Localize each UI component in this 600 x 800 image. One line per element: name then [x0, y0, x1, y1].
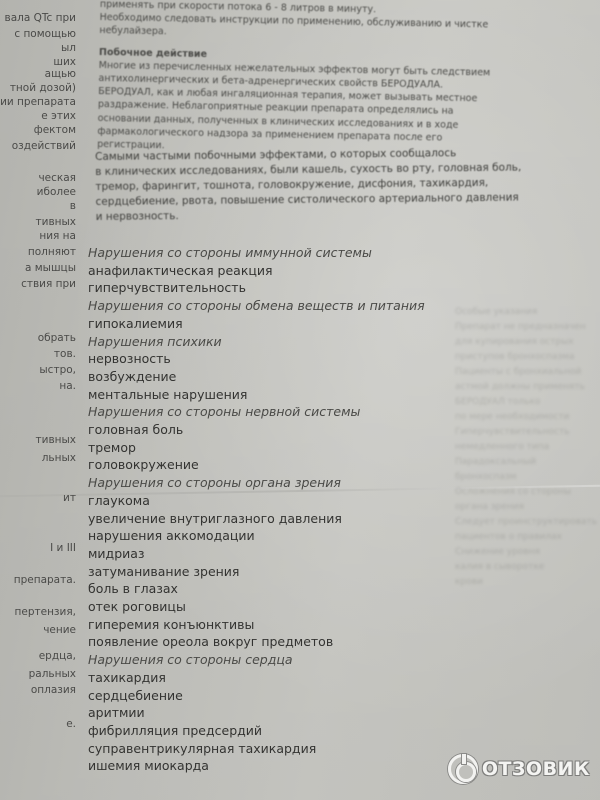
show-through-line: Гиперчувствительность — [455, 425, 600, 440]
side-effect-item: нервозность — [88, 350, 508, 368]
left-column-fragment: препарата. — [14, 574, 76, 586]
left-column-fragment: чение — [43, 624, 76, 636]
side-effect-item: отек роговицы — [88, 598, 508, 616]
left-column-fragment: ческая — [38, 172, 76, 184]
show-through-line: по мере необходимости — [455, 410, 600, 425]
left-column-fragment: ральных — [29, 668, 76, 680]
side-effect-category: Нарушения со стороны нервной системы — [88, 403, 508, 421]
side-effect-category: Нарушения со стороны органа зрения — [88, 474, 508, 492]
side-effect-item: головная боль — [88, 421, 508, 439]
show-through-line: пациентов о правилах — [455, 530, 600, 545]
show-through-line: Парадоксальный — [455, 455, 600, 470]
left-column-fragment: пертензия, — [15, 606, 77, 618]
side-effect-item: возбуждение — [88, 368, 508, 386]
top-section: применять при скорости потока 6 - 8 литр… — [97, 0, 600, 161]
side-effect-category: Нарушения со стороны иммунной системы — [88, 244, 508, 262]
show-through-line: приступов бронхоспазма — [455, 350, 600, 365]
show-through-line: Осложнения со стороны — [455, 485, 600, 500]
left-column-fragment: оздействий — [12, 140, 76, 152]
left-column-fragment: ыл — [61, 42, 76, 54]
show-through-text: Особые указанияПрепарат не предназначенд… — [455, 305, 600, 590]
show-through-line: астмой должны применять — [455, 380, 600, 395]
show-through-line: калия в сыворотке — [455, 560, 600, 575]
show-through-line: бронхоспазм — [455, 470, 600, 485]
side-effect-item: гиперчувствительность — [88, 279, 508, 297]
side-effect-item: тремор — [88, 439, 508, 457]
show-through-line: крови — [455, 575, 600, 590]
left-column-fragment: иболее — [37, 186, 76, 198]
watermark: ОТЗОВИК — [448, 754, 590, 784]
photographed-leaflet-page: валa QTc прис помощьюылшихащьютной дозой… — [0, 0, 600, 800]
side-effect-item: суправентрикулярная тахикардия — [88, 740, 508, 758]
left-column-fragment: ствия при — [21, 278, 76, 290]
left-column-fragment: ит — [63, 492, 76, 504]
left-column-fragment: ших — [53, 56, 76, 68]
left-column-fragment: на. — [59, 380, 76, 392]
frequent-side-effects-paragraph: Самыми частыми побочными эффектами, о ко… — [95, 145, 596, 225]
left-column-fragment: льных — [42, 452, 76, 464]
left-column-fragment: а мышцы — [25, 262, 76, 274]
left-column-fragment: тивных — [36, 216, 77, 228]
side-effect-item: гиперемия конъюнктивы — [88, 616, 508, 634]
side-effect-item: сердцебиение — [88, 687, 508, 705]
show-through-line: органа зрения — [455, 500, 600, 515]
left-column-fragment: тной дозой) — [10, 82, 76, 94]
side-effect-item: головокружение — [88, 456, 508, 474]
side-effect-item: затуманивание зрения — [88, 563, 508, 581]
side-effect-item: анафилактическая реакция — [88, 262, 508, 280]
left-column-fragment: е этих — [41, 110, 76, 122]
left-column-fragment: обрать — [38, 332, 76, 344]
side-effect-item: увеличение внутриглазного давления — [88, 510, 508, 528]
side-effect-item: нарушения аккомодации — [88, 527, 508, 545]
otzovik-logo-icon — [448, 754, 478, 784]
side-effect-category: Нарушения психики — [88, 333, 508, 351]
left-column-fragment: тов. — [54, 348, 76, 360]
show-through-line: для купирования острых — [455, 335, 600, 350]
side-effect-item: мидриаз — [88, 545, 508, 563]
side-effects-list: Нарушения со стороны иммунной системыана… — [88, 244, 508, 775]
left-column-fragment: ии препарата — [0, 96, 76, 108]
watermark-text: ОТЗОВИК — [482, 758, 590, 780]
left-column-fragment: е. — [66, 718, 76, 730]
left-column-fragment: ащью — [45, 68, 76, 80]
show-through-line: Препарат не предназначен — [455, 320, 600, 335]
left-column-fragment: ердца, — [39, 650, 76, 662]
side-effect-item: ментальные нарушения — [88, 386, 508, 404]
side-effect-category: Нарушения со стороны обмена веществ и пи… — [88, 297, 508, 315]
show-through-line: Следует проинструктировать — [455, 515, 600, 530]
left-column-fragment: с помощью — [14, 28, 76, 40]
show-through-line: Особые указания — [455, 305, 600, 320]
side-effect-item: появление ореола вокруг предметов — [88, 633, 508, 651]
left-column-fragment: тивных — [36, 434, 77, 446]
left-column-fragment: фектом — [34, 124, 76, 136]
left-column-fragment: оплазия — [31, 684, 76, 696]
side-effect-item: тахикардия — [88, 669, 508, 687]
side-effect-item: глаукома — [88, 492, 508, 510]
show-through-line: Снижение уровня — [455, 545, 600, 560]
show-through-line: Пациенты с бронхиальной — [455, 365, 600, 380]
left-column-fragment: полняют — [28, 246, 76, 258]
left-column-fragment: валa QTc при — [5, 12, 76, 24]
left-column-fragment: ния на — [39, 230, 76, 242]
side-effect-item: гипокалиемия — [88, 315, 508, 333]
side-effect-item: боль в глазах — [88, 580, 508, 598]
side-effect-item: фибрилляция предсердий — [88, 722, 508, 740]
side-effect-item: аритмии — [88, 704, 508, 722]
show-through-line: БЕРОДУАЛ только — [455, 395, 600, 410]
usage-instructions-tail: применять при скорости потока 6 - 8 литр… — [99, 0, 600, 47]
left-column-fragment: в — [70, 200, 76, 212]
side-effect-item: ишемия миокарда — [88, 757, 508, 775]
left-column-fragment: I и III — [50, 542, 76, 554]
show-through-line: немедленного типа — [455, 440, 600, 455]
left-column-fragment: ыстро, — [39, 364, 76, 376]
left-column-cut-text: валa QTc прис помощьюылшихащьютной дозой… — [0, 0, 80, 800]
side-effect-category: Нарушения со стороны сердца — [88, 651, 508, 669]
